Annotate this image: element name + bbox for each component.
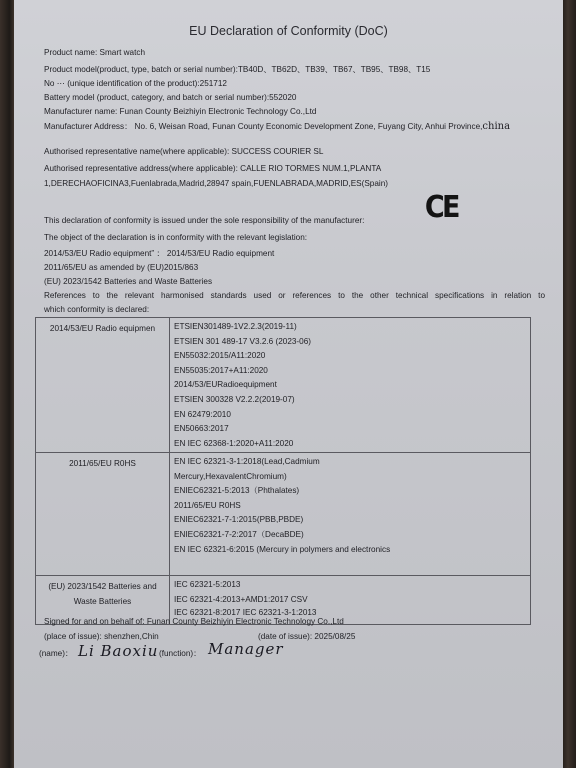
- table-row: 2011/65/EU R0HS EN IEC 62321-3-1:2018(Le…: [36, 453, 531, 576]
- function-label: (function)：: [159, 648, 201, 659]
- references-line-1: References to the relevant harmonised st…: [44, 291, 545, 300]
- name-label: (name)：: [39, 648, 73, 659]
- ce-mark-icon: CE: [425, 190, 458, 225]
- product-model: Product model(product, type, batch or se…: [44, 64, 430, 75]
- table-row: 2014/53/EU Radio equipmen ETSIEN301489-1…: [36, 318, 531, 453]
- standards-table: 2014/53/EU Radio equipmen ETSIEN301489-1…: [35, 317, 531, 625]
- manufacturer-country: china: [482, 121, 510, 132]
- manufacturer-address: Manufacturer Address： No. 6, Weisan Road…: [44, 121, 510, 132]
- rep-address-line-1: Authorised representative address(where …: [44, 164, 381, 173]
- function-signature: Manager: [208, 640, 284, 658]
- manufacturer-name: Manufacturer name: Funan County Beizhiyi…: [44, 107, 316, 116]
- standard-item: EN IEC 62368-1:2020+A11:2020: [174, 437, 530, 452]
- battery-model: Battery model (product, category, and ba…: [44, 93, 296, 102]
- standard-item: IEC 62321-4:2013+AMD1:2017 CSV: [174, 593, 530, 608]
- legislation-text: 2011/65/EU R0HS: [36, 457, 169, 472]
- standard-item: ENIEC62321-5:2013（Phthalates): [174, 484, 530, 499]
- rep-address-line-2: 1,DERECHAOFICINA3,Fuenlabrada,Madrid,289…: [44, 179, 388, 188]
- standard-item: EN IEC 62321-6:2015 (Mercury in polymers…: [174, 543, 530, 558]
- signed-for: Signed for and on behalf of: Funan Count…: [44, 617, 344, 626]
- standard-item: EN IEC 62321-3-1:2018(Lead,Cadmium: [174, 455, 530, 470]
- product-name: Product name: Smart watch: [44, 48, 145, 57]
- standards-cell: EN IEC 62321-3-1:2018(Lead,Cadmium Mercu…: [170, 453, 531, 576]
- standards-cell: ETSIEN301489-1V2.2.3(2019-11) ETSIEN 301…: [170, 318, 531, 453]
- legislation-item: 2014/53/EU Radio equipment” ： 2014/53/EU…: [44, 248, 274, 259]
- standard-item: ENIEC62321-7-2:2017（DecaBDE): [174, 528, 530, 543]
- standard-item: ETSIEN 300328 V2.2.2(2019-07): [174, 393, 530, 408]
- legislation-item: (EU) 2023/1542 Batteries and Waste Batte…: [44, 277, 212, 286]
- responsibility-statement: This declaration of conformity is issued…: [44, 216, 364, 225]
- legislation-text: (EU) 2023/1542 Batteries and: [36, 580, 169, 595]
- standard-item: EN55032:2015/A11:2020: [174, 349, 530, 364]
- declaration-paper: EU Declaration of Conformity (DoC) Produ…: [14, 0, 563, 768]
- unique-id: No ⋯ (unique identification of the produ…: [44, 78, 227, 88]
- name-signature: Li Baoxiu: [78, 642, 158, 660]
- manufacturer-address-text: Manufacturer Address： No. 6, Weisan Road…: [44, 122, 482, 131]
- standard-item: 2014/53/EURadioequipment: [174, 378, 530, 393]
- standard-item: EN 62479:2010: [174, 408, 530, 423]
- legislation-item: 2011/65/EU as amended by (EU)2015/863: [44, 263, 198, 272]
- standard-item: 2011/65/EU R0HS: [174, 499, 530, 514]
- object-intro: The object of the declaration is in conf…: [44, 233, 307, 242]
- references-line-2: which conformity is declared:: [44, 305, 149, 314]
- legislation-cell: 2014/53/EU Radio equipmen: [36, 318, 170, 453]
- standard-item: ENIEC62321-7-1:2015(PBB,PBDE): [174, 513, 530, 528]
- legislation-text: Waste Batteries: [36, 595, 169, 610]
- standard-item: ETSIEN301489-1V2.2.3(2019-11): [174, 320, 530, 335]
- standard-item: Mercury,HexavalentChromium): [174, 470, 530, 485]
- standard-item: IEC 62321-5:2013: [174, 578, 530, 593]
- document-title: EU Declaration of Conformity (DoC): [14, 24, 563, 38]
- place-of-issue: (place of issue): shenzhen,Chin: [44, 632, 159, 641]
- standard-item: EN50663:2017: [174, 422, 530, 437]
- rep-name: Authorised representative name(where app…: [44, 147, 323, 156]
- standard-item: EN55035:2017+A11:2020: [174, 364, 530, 379]
- legislation-text: 2014/53/EU Radio equipmen: [36, 322, 169, 337]
- standard-item: ETSIEN 301 489-17 V3.2.6 (2023-06): [174, 335, 530, 350]
- legislation-cell: 2011/65/EU R0HS: [36, 453, 170, 576]
